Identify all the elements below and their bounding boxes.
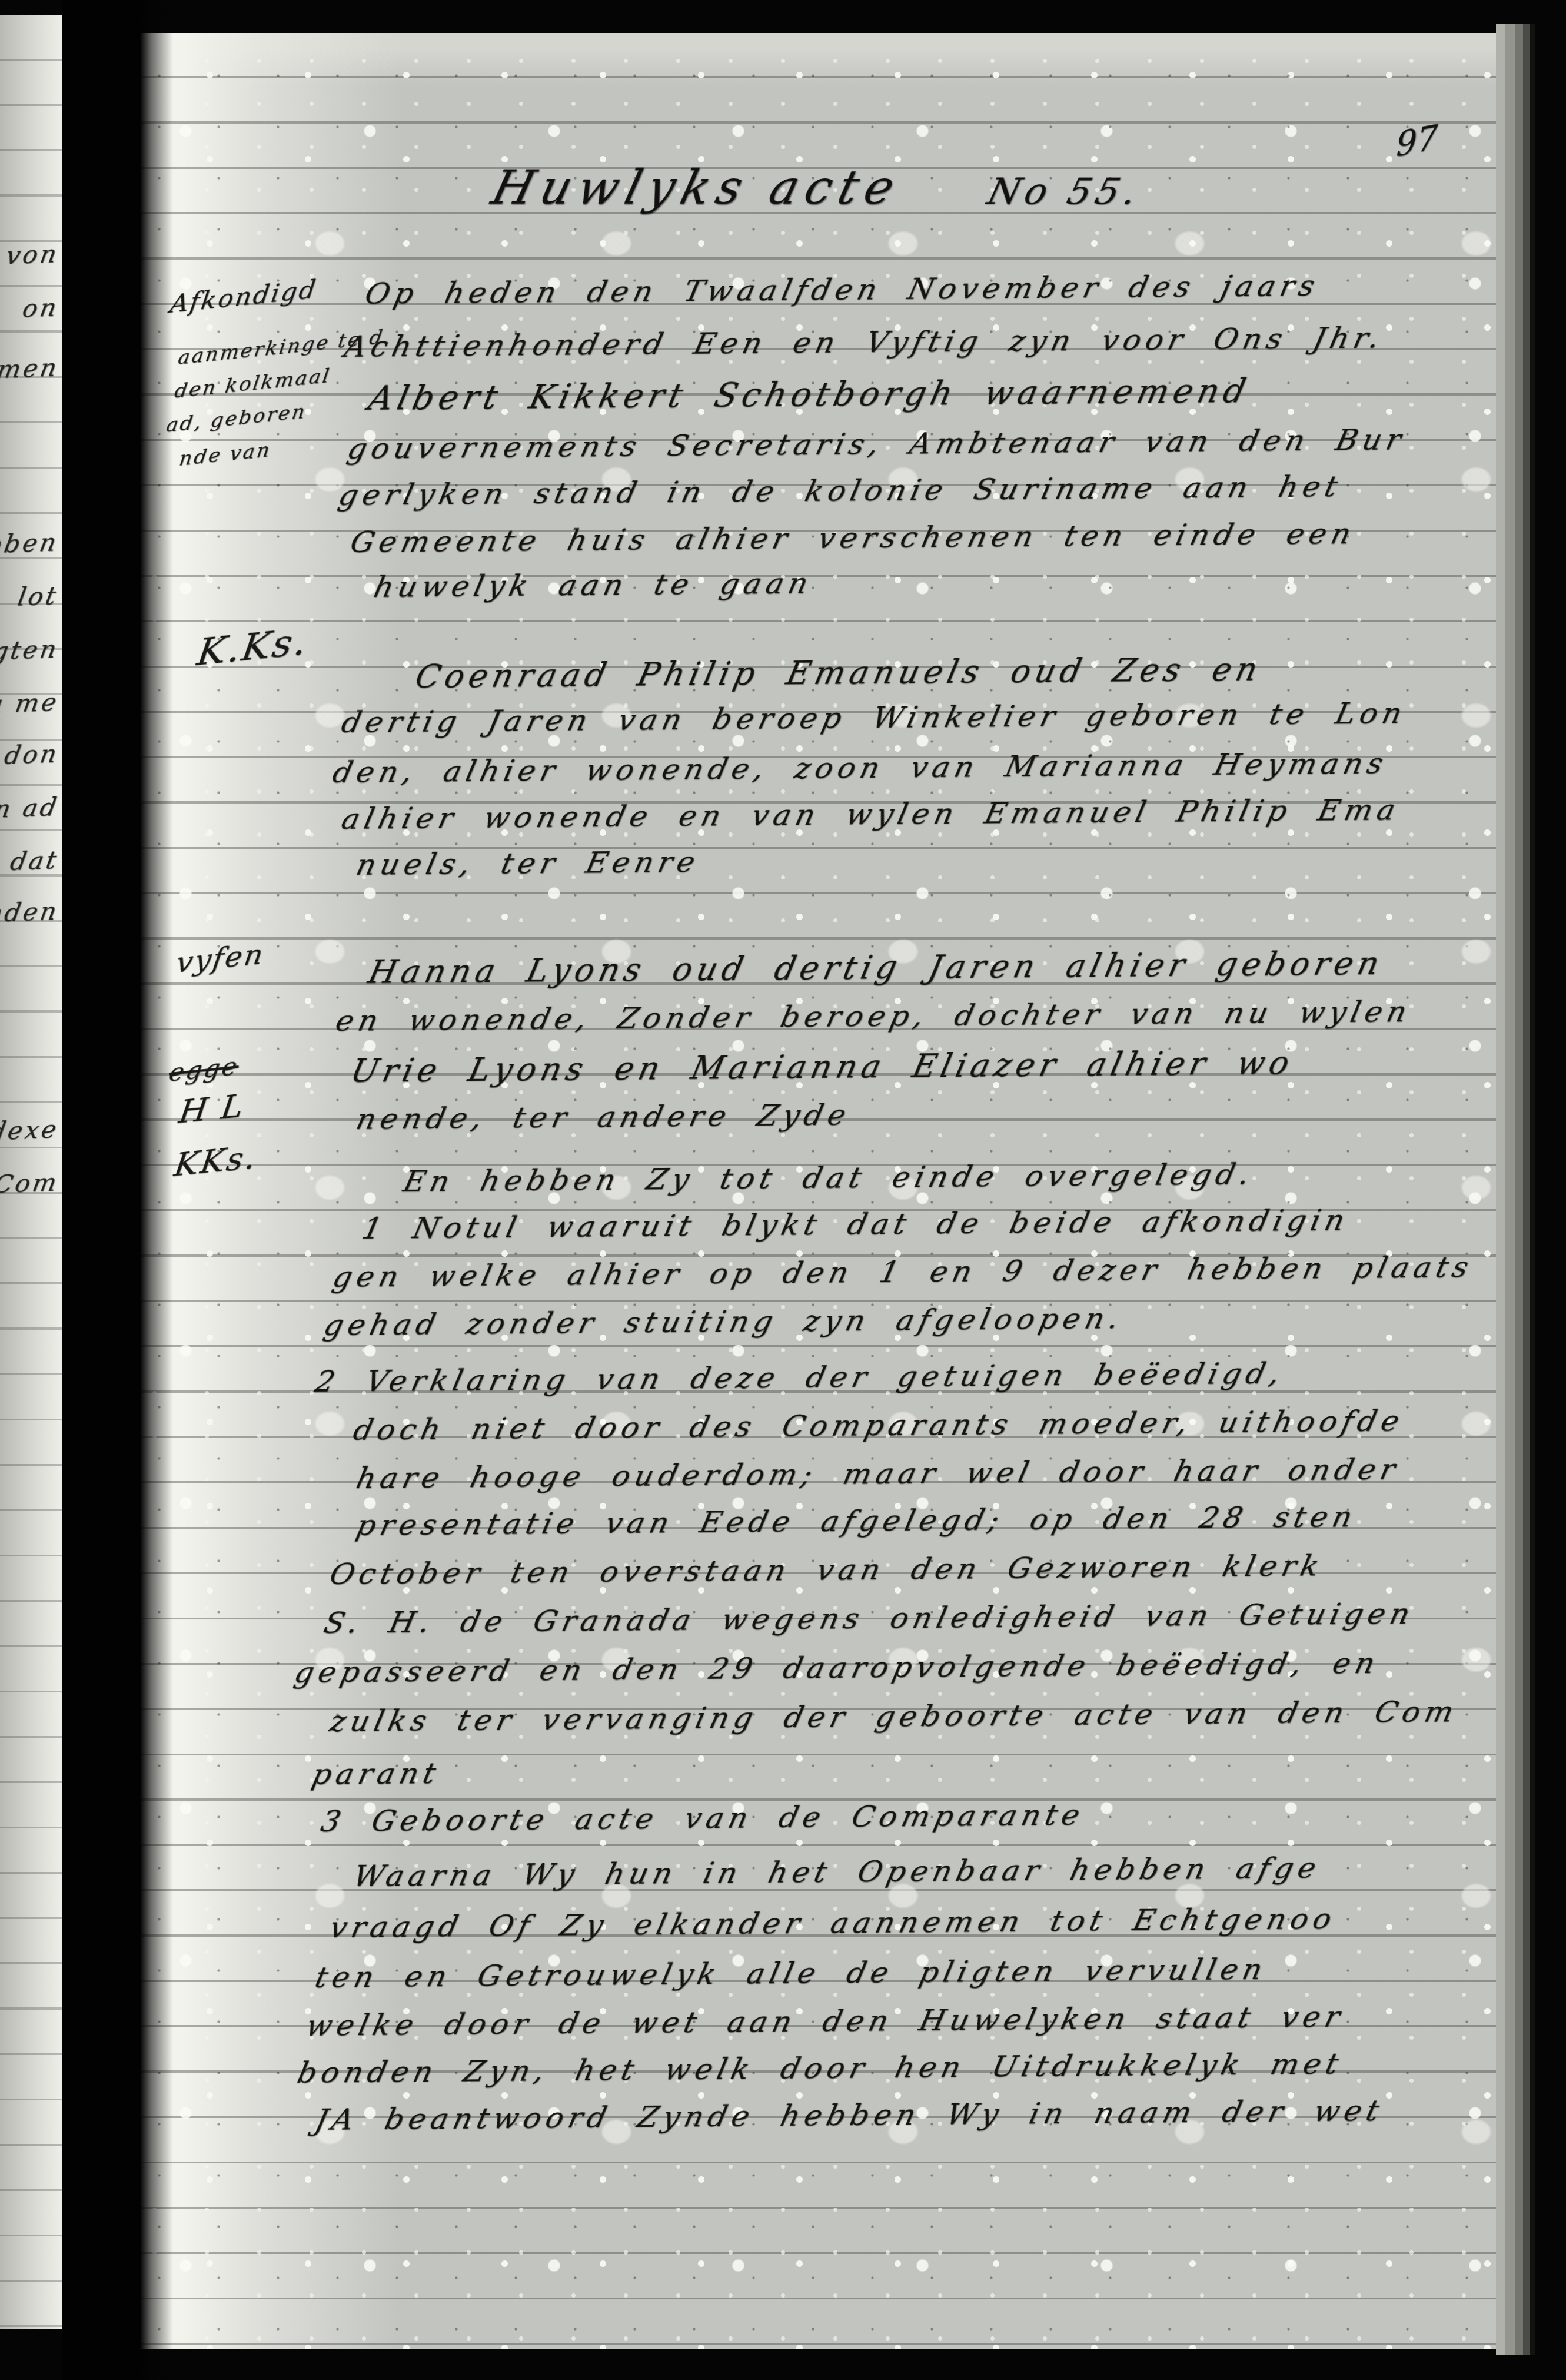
margin-note: den kolkmaal bbox=[173, 364, 333, 403]
margin-note: H L bbox=[177, 1087, 247, 1131]
margin-note: aanmerkinge te d bbox=[177, 325, 385, 369]
margin-note: Afkondigd bbox=[168, 275, 319, 318]
margin-note: ad, geboren bbox=[165, 400, 308, 437]
margin-note: egge bbox=[167, 1051, 241, 1087]
photo-background: t vononlarmenbbenlotlegtenhu melle donen… bbox=[0, 0, 1566, 2380]
margin-notes-layer: Afkondigdaanmerkinge te dden kolkmaalad,… bbox=[0, 0, 1566, 2380]
margin-note: K.Ks. bbox=[194, 620, 311, 675]
margin-note: vyfen bbox=[174, 938, 267, 980]
margin-note: KKs. bbox=[172, 1138, 260, 1184]
margin-note: nde van bbox=[178, 438, 273, 470]
